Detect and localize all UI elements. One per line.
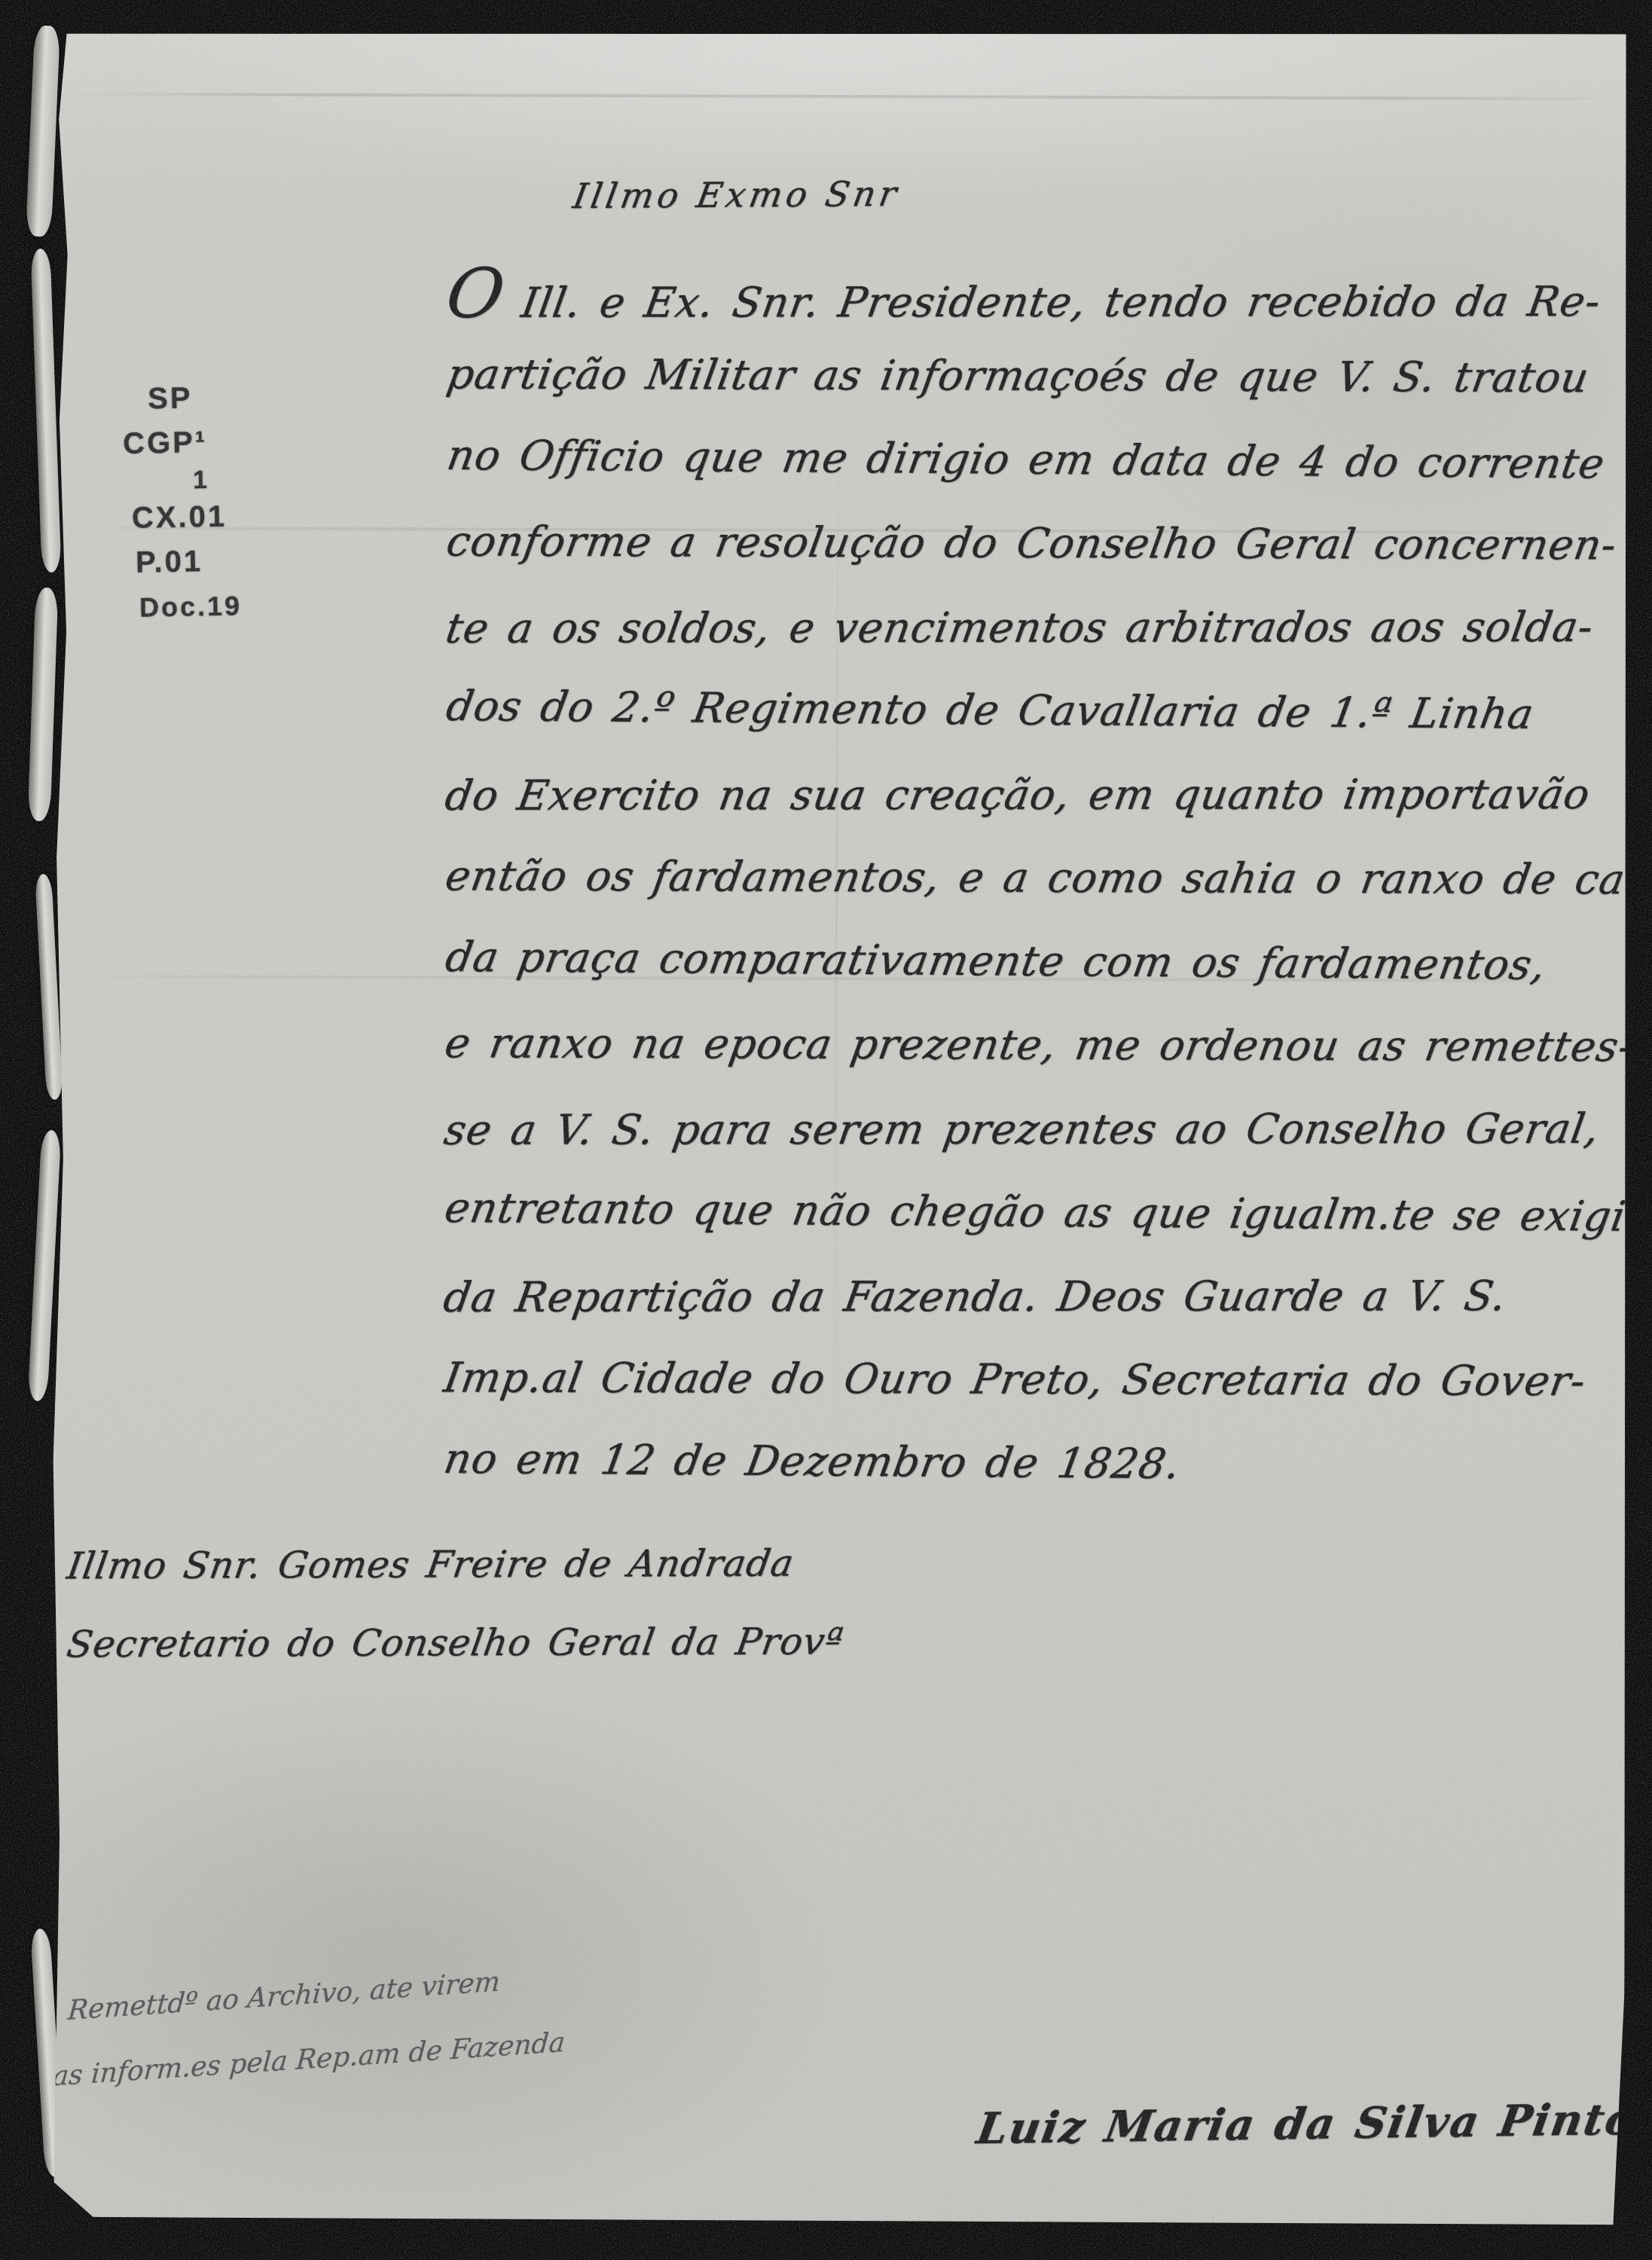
archival-reference-stamp: SP CGP¹ 1 CX.01 P.01 Doc.19: [113, 374, 283, 630]
document-page: SP CGP¹ 1 CX.01 P.01 Doc.19 Illmo Exmo S…: [47, 29, 1630, 2227]
archive-annotation: Remettdº ao Archivo, ate virem as inform…: [66, 1946, 567, 2108]
manuscript-line: então os fardamentos, e a como sahia o r…: [439, 834, 1652, 921]
manuscript-line: se a V. S. para serem prezentes ao Conse…: [438, 1087, 1652, 1172]
stamp-line: P.01: [135, 538, 282, 585]
manuscript-line: da praça comparativamente com os fardame…: [439, 915, 1652, 1008]
stamp-line: Doc.19: [139, 582, 283, 629]
manuscript-line: da Repartição da Fazenda. Deos Guarde a …: [438, 1254, 1652, 1339]
paper-crease: [54, 93, 1630, 101]
manuscript-line: do Exercito na sua creação, em quanto im…: [439, 753, 1652, 838]
torn-binding-edge: [31, 249, 62, 573]
manuscript-line: O Ill. e Ex. Snr. Presidente, tendo rece…: [441, 251, 1652, 336]
stamp-line: CX.01: [131, 493, 281, 541]
manuscript-line: dos do 2.º Regimento de Cavallaria de 1.…: [440, 664, 1652, 757]
torn-binding-edge: [26, 25, 60, 237]
addressee-block: Illmo Snr. Gomes Freire de Andrada Secre…: [68, 1525, 844, 1684]
addressee-line: Illmo Snr. Gomes Freire de Andrada: [62, 1524, 850, 1605]
manuscript-line: Imp.al Cidade do Ouro Preto, Secretaria …: [438, 1336, 1652, 1423]
stamp-line: 1: [193, 463, 281, 495]
letter-body: O Ill. e Ex. Snr. Presidente, tendo rece…: [444, 249, 1652, 1507]
torn-binding-edge: [28, 1130, 62, 1402]
stamp-line: SP: [148, 374, 279, 421]
scanned-document: SP CGP¹ 1 CX.01 P.01 Doc.19 Illmo Exmo S…: [0, 0, 1652, 2260]
manuscript-line: te a os soldos, e vencimentos arbitrados…: [440, 585, 1652, 670]
addressee-line: Secretario do Conselho Geral da Provª: [61, 1602, 849, 1684]
stamp-line: CGP¹: [123, 419, 280, 466]
manuscript-line: no Officio que me dirigio em data de 4 d…: [441, 414, 1652, 506]
manuscript-line: no em 12 de Dezembro de 1828.: [438, 1417, 1652, 1510]
manuscript-line: partição Militar as informaçoés de que V…: [441, 332, 1652, 420]
signature: Luiz Maria da Silva Pinto: [973, 2094, 1640, 2154]
manuscript-line: entretanto que não chegão as que igualm.…: [438, 1166, 1652, 1259]
torn-binding-edge: [28, 588, 59, 822]
manuscript-line: e ranxo na epoca prezente, me ordenou as…: [438, 1001, 1652, 1089]
manuscript-line: conforme a resolução do Conselho Geral c…: [440, 499, 1652, 587]
salutation: Illmo Exmo Snr: [570, 173, 903, 216]
